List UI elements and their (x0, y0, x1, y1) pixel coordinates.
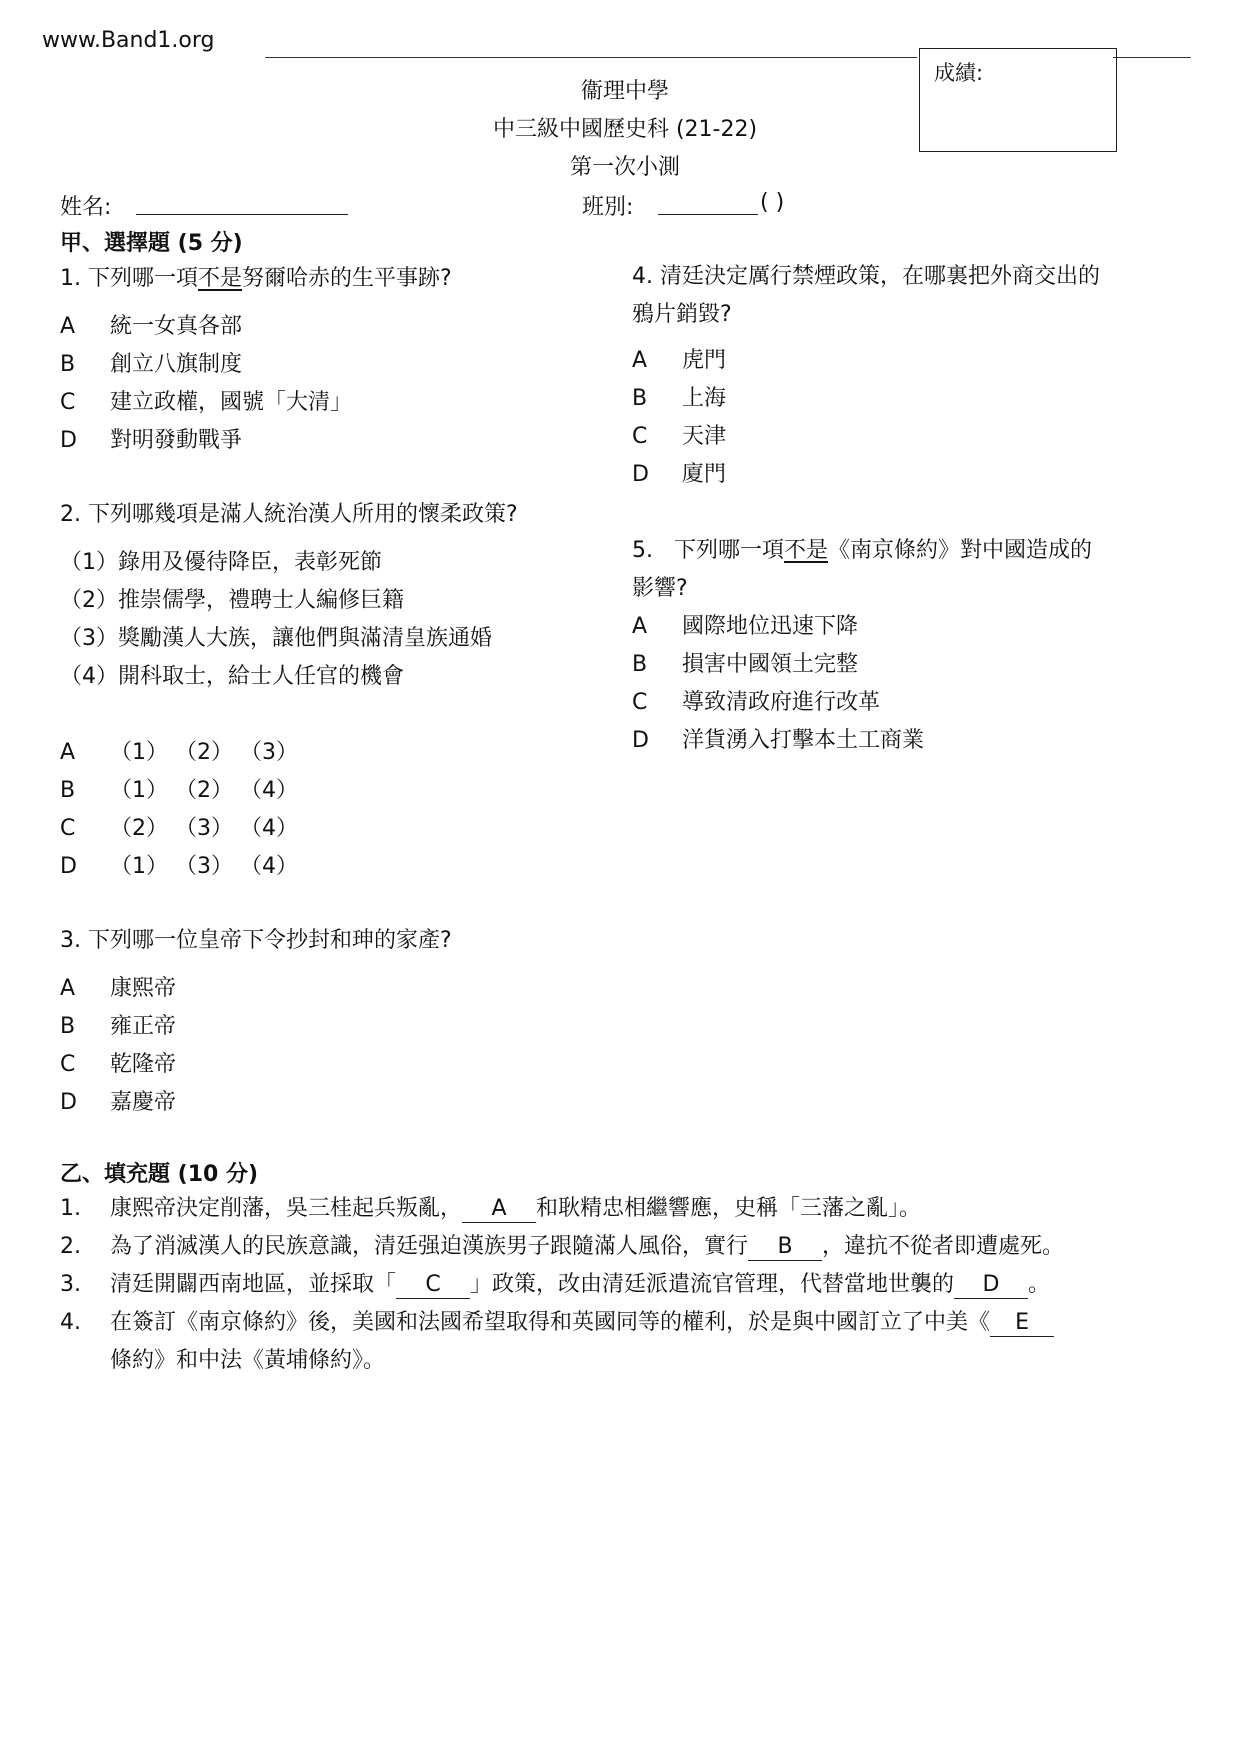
name-label: 姓名: (60, 190, 111, 221)
fill-item-2: 2. 為了消滅漢人的民族意識，清廷强迫漢族男子跟隨滿人風俗，實行B，違抗不從者即… (60, 1228, 1210, 1266)
option-c[interactable]: C導致清政府進行改革 (632, 684, 1212, 722)
option-c[interactable]: C天津 (632, 418, 1192, 456)
question-text-line2: 鴉片銷毀? (632, 296, 1192, 334)
statement-3: （3）獎勵漢人大族，讓他們與滿清皇族通婚 (60, 620, 640, 658)
option-b[interactable]: B雍正帝 (60, 1008, 620, 1046)
option-c[interactable]: C建立政權，國號「大清」 (60, 384, 620, 422)
question-text: 2. 下列哪幾項是滿人統治漢人所用的懷柔政策? (60, 496, 640, 534)
blank-b[interactable]: B (748, 1234, 822, 1261)
option-b[interactable]: B（1） （2） （4） (60, 772, 640, 810)
section-a-title: 甲、選擇題 (5 分) (60, 226, 243, 257)
question-text: 4. 清廷決定厲行禁煙政策，在哪裏把外商交出的 (632, 258, 1192, 296)
option-a[interactable]: A康熙帝 (60, 970, 620, 1008)
question-text: 1. 下列哪一項不是努爾哈赤的生平事跡? (60, 260, 620, 298)
option-a[interactable]: A國際地位迅速下降 (632, 608, 1212, 646)
fill-item-4-line2: 條約》和中法《黃埔條約》。 (60, 1342, 1210, 1380)
question-2: 2. 下列哪幾項是滿人統治漢人所用的懷柔政策? （1）錄用及優待降臣，表彰死節 … (60, 496, 640, 886)
question-text-line2: 影響? (632, 570, 1212, 608)
question-1: 1. 下列哪一項不是努爾哈赤的生平事跡? A統一女真各部 B創立八旗制度 C建立… (60, 260, 620, 460)
option-a[interactable]: A統一女真各部 (60, 308, 620, 346)
exam-title: 第一次小測 (5, 150, 1240, 181)
blank-e[interactable]: E (990, 1310, 1054, 1337)
question-3: 3. 下列哪一位皇帝下令抄封和珅的家產? A康熙帝 B雍正帝 C乾隆帝 D嘉慶帝 (60, 922, 620, 1122)
option-a[interactable]: A（1） （2） （3） (60, 734, 640, 772)
option-c[interactable]: C（2） （3） （4） (60, 810, 640, 848)
class-number-field[interactable]: ( ) (760, 190, 784, 215)
emphasis-underline: 不是 (198, 266, 242, 291)
fill-in-list: 1. 康熙帝決定削藩，吳三桂起兵叛亂，A和耿精忠相繼響應，史稱「三藩之亂」。 2… (60, 1190, 1210, 1380)
header-rule (265, 57, 917, 58)
fill-item-1: 1. 康熙帝決定削藩，吳三桂起兵叛亂，A和耿精忠相繼響應，史稱「三藩之亂」。 (60, 1190, 1210, 1228)
header-rule (1113, 57, 1191, 58)
option-b[interactable]: B損害中國領土完整 (632, 646, 1212, 684)
option-b[interactable]: B創立八旗制度 (60, 346, 620, 384)
fill-item-3: 3. 清廷開闢西南地區，並採取「C」政策，改由清廷派遣流官管理，代替當地世襲的D… (60, 1266, 1210, 1304)
statement-2: （2）推崇儒學，禮聘士人編修巨籍 (60, 582, 640, 620)
blank-c[interactable]: C (396, 1272, 470, 1299)
option-d[interactable]: D（1） （3） （4） (60, 848, 640, 886)
school-name: 衞理中學 (5, 74, 1240, 105)
section-b-title: 乙、填充題 (10 分) (60, 1157, 258, 1188)
question-text: 3. 下列哪一位皇帝下令抄封和珅的家產? (60, 922, 620, 960)
blank-a[interactable]: A (462, 1196, 536, 1223)
blank-d[interactable]: D (954, 1272, 1028, 1299)
emphasis-underline: 不是 (784, 538, 828, 563)
question-4: 4. 清廷決定厲行禁煙政策，在哪裏把外商交出的 鴉片銷毀? A虎門 B上海 C天… (632, 258, 1192, 494)
question-text: 5. 下列哪一項不是《南京條約》對中國造成的 (632, 532, 1212, 570)
option-d[interactable]: D廈門 (632, 456, 1192, 494)
statement-4: （4）開科取士，給士人任官的機會 (60, 658, 640, 696)
option-b[interactable]: B上海 (632, 380, 1192, 418)
watermark: www.Band1.org (42, 28, 215, 53)
option-d[interactable]: D洋貨湧入打擊本土工商業 (632, 722, 1212, 760)
option-a[interactable]: A虎門 (632, 342, 1192, 380)
class-label: 班別: (582, 190, 633, 221)
fill-item-4: 4. 在簽訂《南京條約》後，美國和法國希望取得和英國同等的權利，於是與中國訂立了… (60, 1304, 1210, 1342)
option-c[interactable]: C乾隆帝 (60, 1046, 620, 1084)
name-field[interactable] (136, 214, 348, 215)
option-d[interactable]: D對明發動戰爭 (60, 422, 620, 460)
question-5: 5. 下列哪一項不是《南京條約》對中國造成的 影響? A國際地位迅速下降 B損害… (632, 532, 1212, 760)
option-d[interactable]: D嘉慶帝 (60, 1084, 620, 1122)
subject-title: 中三級中國歷史科 (21-22) (5, 112, 1240, 143)
class-field[interactable] (658, 214, 758, 215)
statement-1: （1）錄用及優待降臣，表彰死節 (60, 544, 640, 582)
